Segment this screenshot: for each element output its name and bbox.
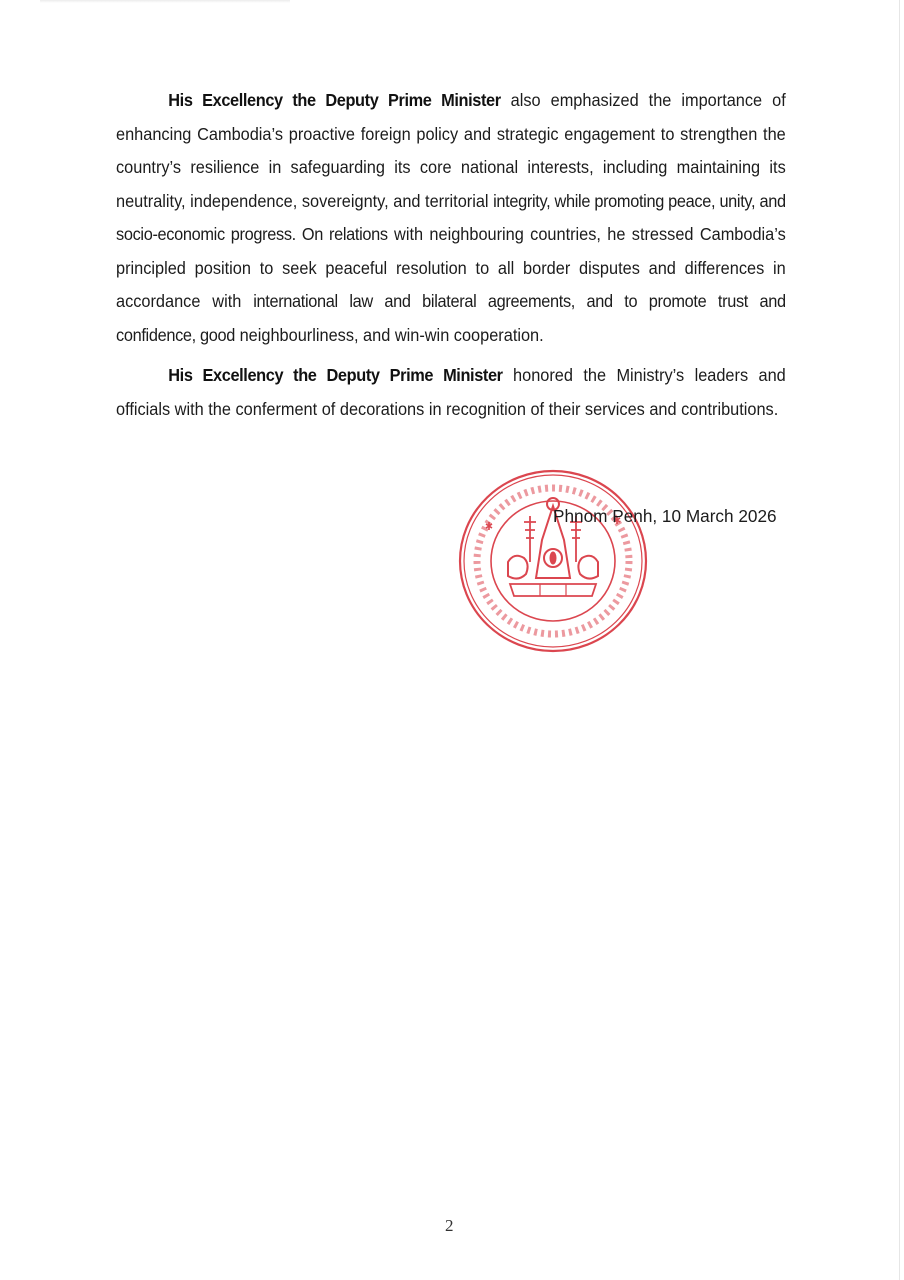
place-and-date: Phnom Penh, 10 March 2026 [553, 506, 777, 527]
official-seal-icon [456, 466, 650, 656]
paragraph-2-lead: His Excellency the Deputy Prime Minister [168, 365, 502, 385]
document-body: His Excellency the Deputy Prime Minister… [116, 84, 786, 433]
p1-line-2: enhancing Cambodia’s proactive foreign p… [116, 124, 674, 144]
paragraph-1-lead: His Excellency the Deputy Prime Minister [168, 90, 500, 110]
p1-line-1: also emphasized the importance of [511, 90, 786, 110]
p2-line-2: officials with the conferment of decorat… [116, 399, 677, 419]
scan-right-edge [899, 0, 900, 1280]
scan-top-edge [40, 0, 290, 3]
page-number: 2 [445, 1216, 454, 1236]
p2-line-3: contributions. [681, 399, 778, 419]
paragraph-2: His Excellency the Deputy Prime Minister… [116, 359, 786, 426]
p2-line-1: honored the Ministry’s leaders and [513, 365, 786, 385]
p1-line-9: neighbourliness, and win-win cooperation… [240, 325, 544, 345]
paragraph-1: His Excellency the Deputy Prime Minister… [116, 84, 786, 352]
